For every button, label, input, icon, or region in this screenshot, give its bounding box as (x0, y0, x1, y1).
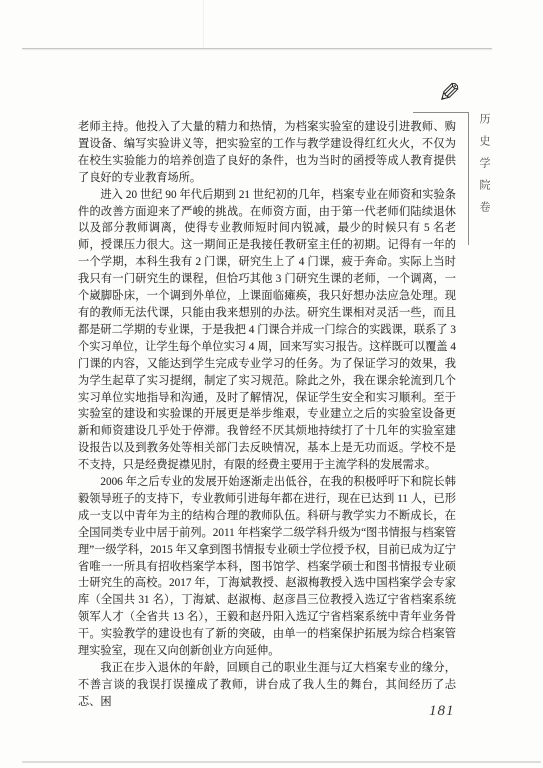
page-edge-bottom (22, 761, 541, 763)
scanned-book-page: ✎ 历史学院卷 老师主持。他投入了大量的精力和热情，为档案实验室的建设引进教师、… (0, 0, 543, 768)
body-paragraph: 2006 年之后专业的发展开始逐渐走出低谷，在我的积极呼吁下和院长韩毅领导班子的… (78, 474, 456, 660)
body-paragraph: 进入 20 世纪 90 年代后期到 21 世纪初的几年，档案专业在师资和实验条件… (78, 187, 456, 474)
corner-rule-horizontal (413, 112, 469, 113)
page-number: 181 (429, 703, 455, 720)
page-edge-top (22, 48, 492, 49)
corner-rule-vertical (468, 112, 469, 245)
body-paragraph: 老师主持。他投入了大量的精力和热情，为档案实验室的建设引进教师、购置设备、编写实… (78, 119, 456, 187)
scan-artifact-line (203, 0, 204, 49)
pencil-icon: ✎ (438, 80, 461, 107)
body-text-block: 老师主持。他投入了大量的精力和热情，为档案实验室的建设引进教师、购置设备、编写实… (78, 119, 456, 711)
volume-margin-label: 历史学院卷 (476, 113, 492, 223)
body-paragraph: 我正在步入退休的年龄，回顾自己的职业生涯与辽大档案专业的缘分，不善言谈的我误打误… (78, 660, 456, 711)
